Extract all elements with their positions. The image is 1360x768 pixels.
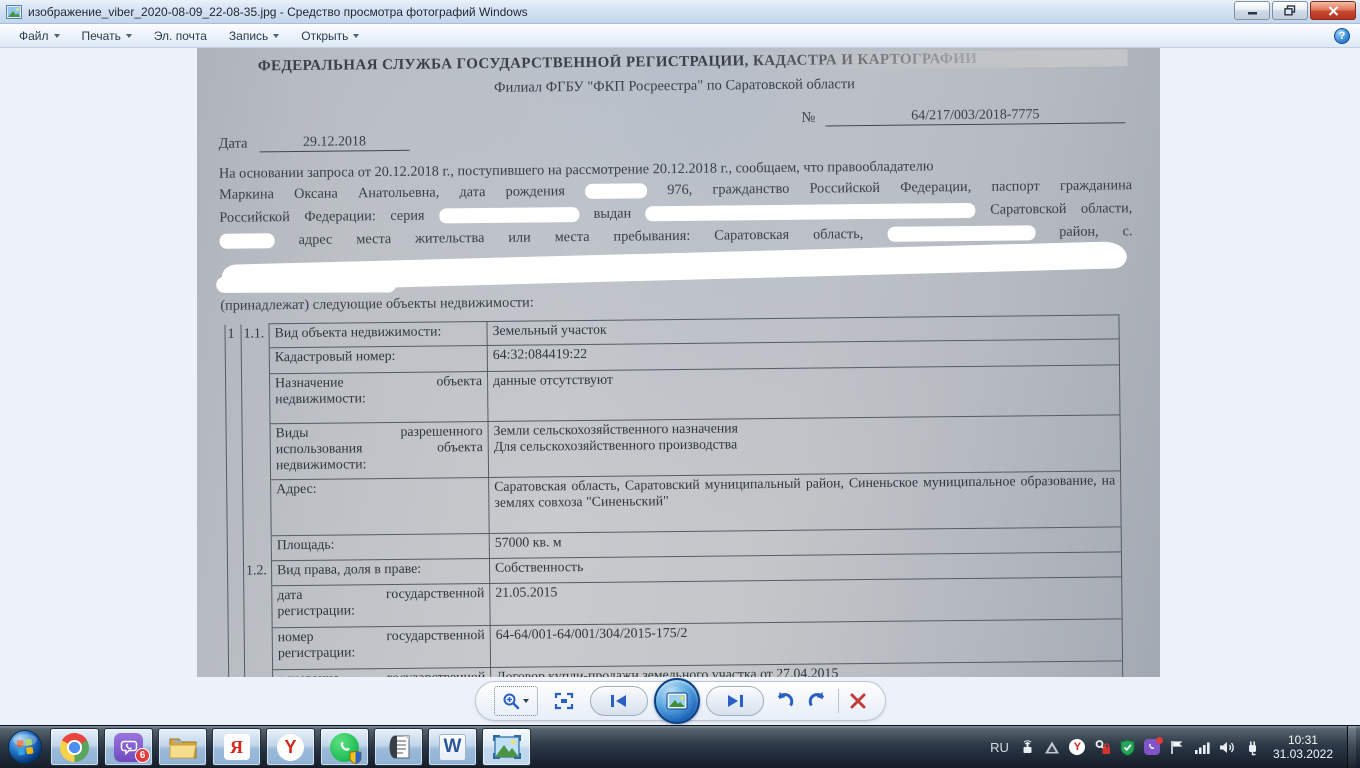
doc-date-label: Дата <box>219 136 248 153</box>
taskbar-yandex-browser[interactable]: Y <box>266 728 315 766</box>
row-label: номер государственной регистрации: <box>272 625 490 669</box>
taskbar-yandex-app[interactable]: Я <box>212 728 261 766</box>
chevron-down-icon <box>273 34 279 38</box>
restore-button[interactable] <box>1272 1 1308 20</box>
redaction-bar <box>887 225 1035 242</box>
row-value: 21.05.2015 <box>490 577 1122 626</box>
journal-document-icon <box>386 733 412 761</box>
photo-viewer-icon <box>493 735 521 759</box>
doc-number-value: 64/217/003/2018-7775 <box>825 106 1125 126</box>
delete-x-icon <box>849 692 867 710</box>
menu-burn-label: Запись <box>229 29 268 43</box>
window-controls <box>1234 1 1356 20</box>
taskbar-photo-viewer[interactable] <box>482 728 531 766</box>
minimize-button[interactable] <box>1234 1 1270 20</box>
row-label: Виды разрешенного использования объекта … <box>270 421 489 479</box>
start-button[interactable] <box>6 728 44 766</box>
network-signal-icon[interactable] <box>1194 739 1211 756</box>
redaction-bar <box>220 233 275 249</box>
next-button[interactable] <box>706 686 764 716</box>
doc-date-value: 29.12.2018 <box>259 134 409 153</box>
row-label: Вид объекта недвижимости: <box>269 322 487 348</box>
menu-email[interactable]: Эл. почта <box>145 26 216 46</box>
whatsapp-icon <box>330 733 359 762</box>
system-tray: RU Y <box>990 726 1360 768</box>
chrome-icon <box>60 733 89 762</box>
menu-email-label: Эл. почта <box>154 29 207 43</box>
menu-print[interactable]: Печать <box>73 26 141 46</box>
chevron-down-icon <box>54 34 60 38</box>
folder-icon <box>168 734 198 760</box>
menubar: Файл Печать Эл. почта Запись Открыть ? <box>0 24 1360 48</box>
row-label: основание государственной <box>273 667 491 677</box>
taskbar-word[interactable]: W <box>428 728 477 766</box>
yandex-tray-icon[interactable]: Y <box>1069 739 1086 756</box>
row-subnumber: 1.1. <box>241 324 269 348</box>
previous-button[interactable] <box>590 686 648 716</box>
menu-file-label: Файл <box>19 29 49 43</box>
taskbar-viber[interactable]: 6 <box>104 728 153 766</box>
language-indicator[interactable]: RU <box>990 740 1009 755</box>
uac-shield-icon <box>349 750 362 764</box>
doc-org-line: ФЕДЕРАЛЬНАЯ СЛУЖБА ГОСУДАРСТВЕННОЙ РЕГИС… <box>258 49 1128 75</box>
row-label: Адрес: <box>271 477 490 535</box>
rotate-ccw-icon <box>774 691 796 711</box>
redaction-bar <box>646 203 976 221</box>
clock-time: 10:31 <box>1273 733 1333 747</box>
toolbar-divider <box>838 689 839 713</box>
photo-scanned-document: ФЕДЕРАЛЬНАЯ СЛУЖБА ГОСУДАРСТВЕННОЙ РЕГИС… <box>197 48 1160 677</box>
action-center-flag-icon[interactable] <box>1169 739 1186 756</box>
row-number: 1 <box>225 324 241 348</box>
viewer-toolbar-area <box>0 677 1360 725</box>
row-label: Назначение объекта недвижимости: <box>269 372 488 424</box>
table-row: Виды разрешенного использования объекта … <box>226 415 1121 480</box>
rotate-counterclockwise-button[interactable] <box>774 691 796 711</box>
yandex-browser-icon: Y <box>277 734 304 761</box>
chevron-down-icon <box>353 34 359 38</box>
fit-to-window-button[interactable] <box>548 686 580 716</box>
chevron-down-icon <box>126 34 132 38</box>
row-label: Кадастровый номер: <box>269 346 487 374</box>
large-redaction-area <box>220 246 1133 292</box>
viber-badge: 6 <box>135 748 150 763</box>
taskbar: 6 Я Y <box>0 725 1360 768</box>
redaction-bar <box>439 207 579 223</box>
screen: изображение_viber_2020-08-09_22-08-35.jp… <box>0 0 1360 768</box>
volume-icon[interactable] <box>1219 739 1236 756</box>
photo-viewer-app-icon <box>6 5 22 19</box>
power-plug-icon[interactable] <box>1244 739 1261 756</box>
paper: ФЕДЕРАЛЬНАЯ СЛУЖБА ГОСУДАРСТВЕННОЙ РЕГИС… <box>197 48 1160 677</box>
clock-date: 31.03.2022 <box>1273 747 1333 761</box>
menu-open[interactable]: Открыть <box>292 26 368 46</box>
row-label: дата государственной регистрации: <box>272 583 490 627</box>
viewer-canvas: ФЕДЕРАЛЬНАЯ СЛУЖБА ГОСУДАРСТВЕННОЙ РЕГИС… <box>0 48 1360 725</box>
show-desktop-button[interactable] <box>1347 726 1356 768</box>
slideshow-button[interactable] <box>654 678 700 724</box>
taskbar-explorer[interactable] <box>158 728 207 766</box>
word-icon: W <box>439 734 466 761</box>
help-icon[interactable]: ? <box>1334 28 1350 44</box>
close-button[interactable] <box>1310 1 1356 20</box>
row-value: данные отсутствуют <box>487 365 1119 422</box>
previous-icon <box>609 694 629 708</box>
menu-file[interactable]: Файл <box>10 26 69 46</box>
notification-dot <box>1156 737 1163 744</box>
fit-frame-icon <box>554 692 574 710</box>
viber-tray-icon[interactable] <box>1144 739 1161 756</box>
doc-number-label: № <box>801 110 815 127</box>
menu-open-label: Открыть <box>301 29 348 43</box>
delete-button[interactable] <box>849 692 867 710</box>
redaction-bar <box>585 184 647 200</box>
next-icon <box>725 694 745 708</box>
magnifier-plus-icon <box>502 692 520 710</box>
row-value: Земли сельскохозяйственного назначения Д… <box>488 415 1121 478</box>
rotate-clockwise-button[interactable] <box>806 691 828 711</box>
row-label: Вид права, доля в праве: <box>271 558 489 585</box>
row-label: Площадь: <box>271 533 489 560</box>
menu-burn[interactable]: Запись <box>220 26 288 46</box>
taskbar-journal[interactable] <box>374 728 423 766</box>
drive-triangle-icon[interactable] <box>1044 739 1061 756</box>
titlebar[interactable]: изображение_viber_2020-08-09_22-08-35.jp… <box>0 0 1360 24</box>
row-value: 64-64/001-64/001/304/2015-175/2 <box>490 619 1122 668</box>
antivirus-shield-icon[interactable] <box>1119 739 1136 756</box>
clock[interactable]: 10:31 31.03.2022 <box>1273 733 1333 761</box>
menu-print-label: Печать <box>82 29 121 43</box>
scan-fade-overlay <box>736 49 1128 75</box>
help-glyph: ? <box>1339 30 1346 42</box>
chevron-down-icon <box>523 699 529 703</box>
modem-device-icon[interactable] <box>1019 739 1036 756</box>
windows-orb-icon <box>7 729 43 765</box>
property-table: 1 1.1. Вид объекта недвижимости: Земельн… <box>224 314 1123 677</box>
slideshow-image-icon <box>666 692 688 710</box>
rotate-cw-icon <box>806 691 828 711</box>
row-value: Саратовская область, Саратовский муницип… <box>489 471 1122 534</box>
viewer-toolbar <box>475 681 886 721</box>
doc-branch-line: Филиал ФГБУ "ФКП Росреестра" по Саратовс… <box>218 73 1131 100</box>
table-row: Адрес: Саратовская область, Саратовский … <box>227 471 1122 536</box>
yandex-app-icon: Я <box>224 734 250 760</box>
window-title: изображение_viber_2020-08-09_22-08-35.jp… <box>28 5 528 19</box>
taskbar-chrome[interactable] <box>50 728 99 766</box>
taskbar-whatsapp[interactable] <box>320 728 369 766</box>
zoom-button[interactable] <box>494 686 538 716</box>
key-lock-icon[interactable] <box>1094 739 1111 756</box>
